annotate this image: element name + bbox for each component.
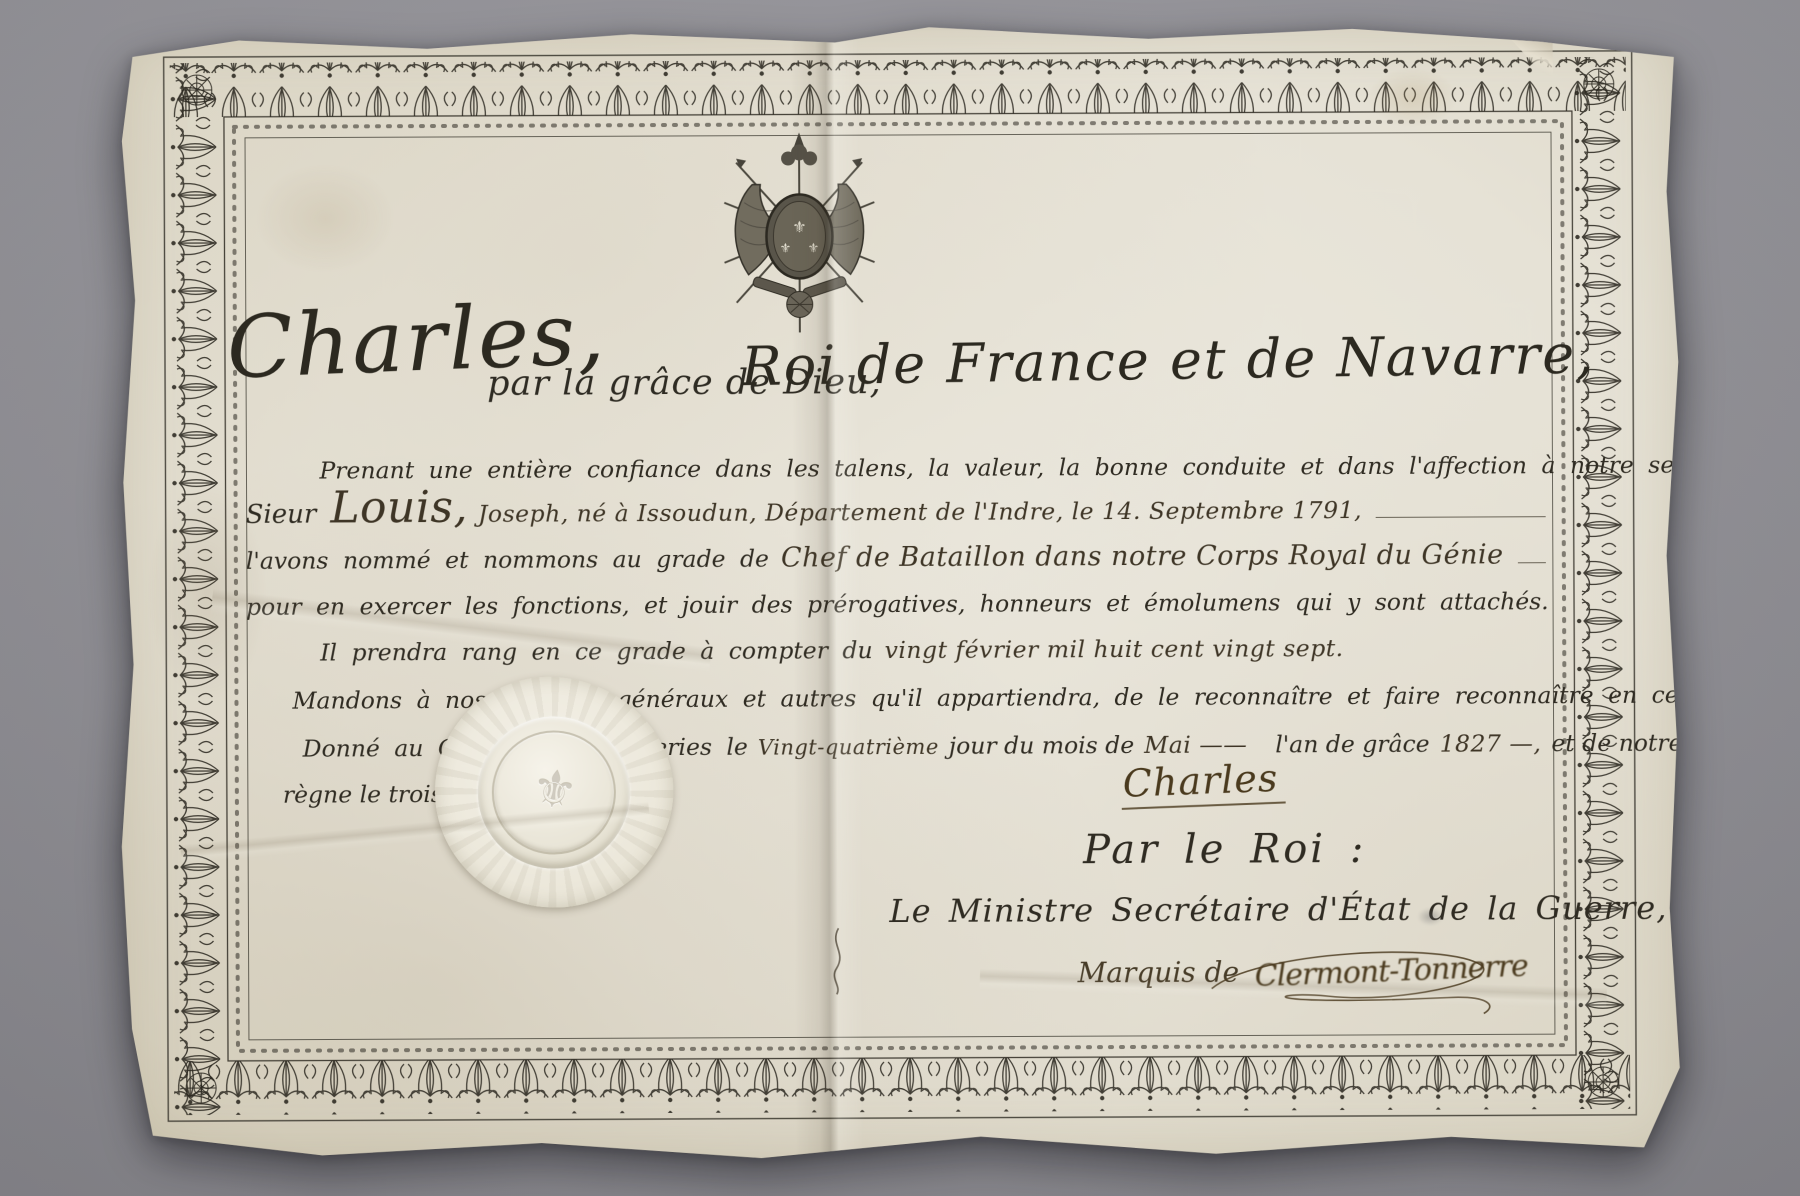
sieur-label: Sieur [246,500,317,530]
body-preamble: Prenant une entière confiance dans les t… [319,451,1551,484]
given-month-hand: Mai —— [1144,730,1247,758]
document-content: Charles, par la grâce de Dieu, Roi de Fr… [114,21,1687,1166]
par-le-roi-line: Par le Roi : [1083,826,1366,873]
body-recipient-line: Sieur Louis, Joseph, né à Issoudun, Dépa… [246,485,1552,530]
body-functions-line: pour en exercer les fonctions, et jouir … [246,587,1549,621]
body-appointment-line: l'avons nommé et nommons au grade de Che… [246,539,1552,576]
given-month-print: jour du mois de [949,731,1134,760]
signature-flourish [1198,939,1518,1018]
blank-fill-rule [1376,516,1546,518]
minister-signature-line: Marquis de Clermont-Tonnerre [1078,953,1528,990]
recipient-name: Louis, [330,490,468,526]
minister-title-line: Le Ministre Secrétaire d'État de la Guer… [889,889,1667,930]
rank-date-hand: vingt février mil huit cent vingt sept. [885,634,1344,664]
recipient-details: Joseph, né à Issoudun, Département de l'… [478,496,1362,528]
pencil-smudge [1417,908,1443,926]
given-day-hand: Vingt-quatrième [758,735,939,760]
given-tail-print: et de notre [1551,729,1682,758]
given-year-print: l'an de grâce [1275,730,1429,759]
appointment-grade-hand: Chef de Bataillon dans notre Corps Royal… [781,539,1504,573]
heading-royal-title: Roi de France et de Navarre, [741,322,1596,398]
blank-fill-rule [1518,562,1546,563]
ink-paraph [825,924,851,996]
parchment-document: ⚜ ⚜ ⚜ Charles, par la grâce de Dieu, Roi… [114,21,1687,1166]
seal-disc [467,706,640,879]
parchment-sheet: ⚜ ⚜ ⚜ Charles, par la grâce de Dieu, Roi… [114,21,1687,1166]
rank-print: Il prendra rang en ce grade à compter du [320,636,872,666]
given-year-hand: 1827 —, [1440,729,1542,757]
body-rank-line: Il prendra rang en ce grade à compter du… [320,634,1344,666]
king-signature: Charles [1120,755,1285,809]
appointment-print: l'avons nommé et nommons au grade de [246,545,769,575]
